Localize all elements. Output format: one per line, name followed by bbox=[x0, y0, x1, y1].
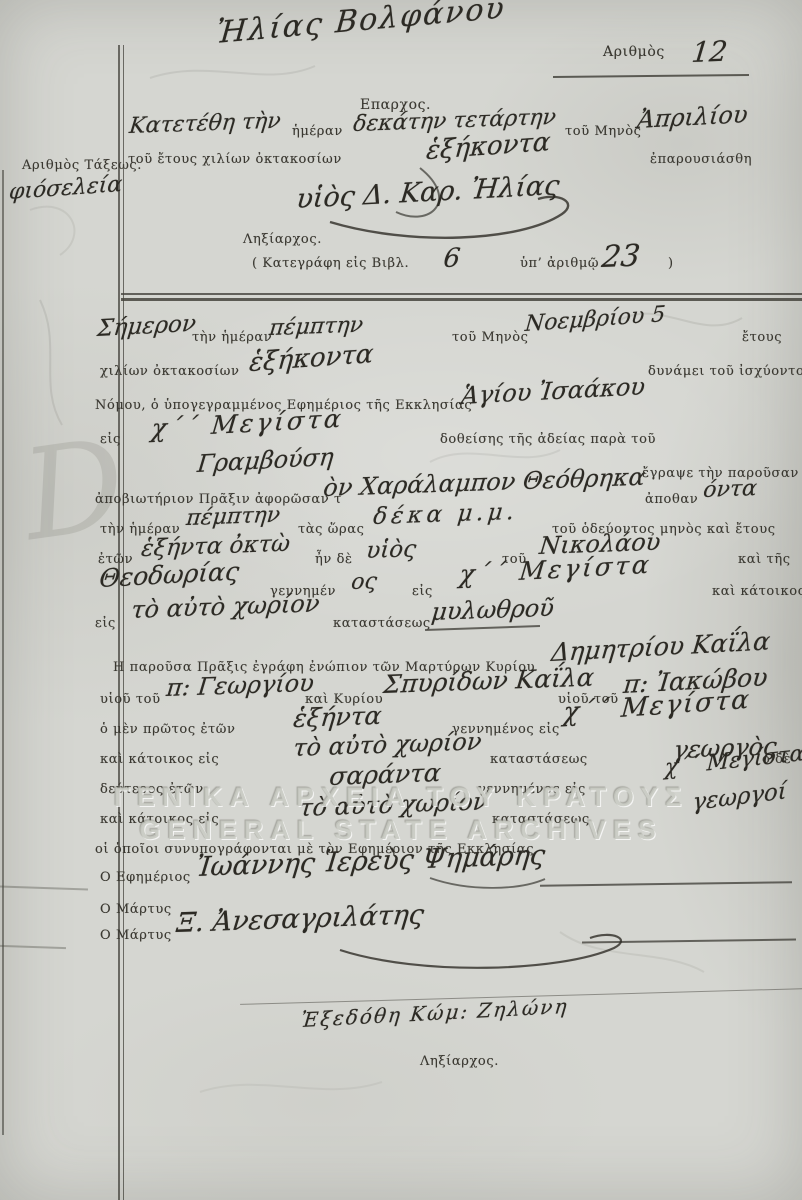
witness2-signature-label: Ο Μάρτυς bbox=[100, 928, 172, 943]
law-label: δυνάμει τοῦ ἰσχύοντος bbox=[648, 364, 802, 379]
and-of-label: καὶ τῆς bbox=[738, 552, 791, 567]
the-day-label: τὴν ἡμέραν bbox=[192, 330, 272, 345]
document-page: ΓΕΝΙΚΑ ΑΡΧΕΙΑ ΤΟΥ ΚΡΑΤΟΥΣ GENERAL STATE … bbox=[0, 0, 802, 1200]
month-label: τοῦ Μηνὸς bbox=[565, 124, 642, 139]
handwritten-witness2-age: σαράντα bbox=[328, 758, 442, 791]
witness1-resident-label: καὶ κάτοικος εἰς bbox=[100, 752, 219, 767]
order-number-label: Αριθμὸς Τάξεως. bbox=[22, 158, 142, 173]
witness2-resident-label: καὶ κάτοικος εἰς bbox=[100, 812, 219, 827]
handwritten-entry-number: 23 bbox=[600, 239, 642, 275]
number-label: Αριθμὸς bbox=[603, 44, 665, 60]
handwritten-died-suffix: όντα bbox=[702, 476, 758, 503]
witness1-signature-label: Ο Μάρτυς bbox=[100, 902, 172, 917]
resident-at-label: εἰς bbox=[95, 616, 116, 631]
day-label: ἡμέραν bbox=[292, 124, 343, 139]
at-label: εἰς bbox=[100, 432, 121, 447]
registered-prefix-label: ( Κατεγράφη εἰς Βιβλ. bbox=[252, 256, 409, 271]
born-at-label: εἰς bbox=[412, 584, 433, 599]
handwritten-witness1-age: ἑξήντα bbox=[292, 701, 383, 733]
handwritten-book-number: 6 bbox=[442, 243, 462, 274]
handwritten-act-day: πέμπτην bbox=[268, 313, 364, 341]
under-number-label: ὑπ’ ἀριθμῷ bbox=[520, 256, 599, 271]
act-month-label: τοῦ Μηνὸς bbox=[452, 330, 529, 345]
year-label: τοῦ ἔτους χιλίων ὀκτακοσίων bbox=[128, 152, 342, 167]
handwritten-son: υἱὸς bbox=[365, 536, 417, 564]
witness2-status-label: καταστάσεως bbox=[492, 812, 590, 827]
act-year-label2: χιλίων ὀκτακοσίων bbox=[100, 364, 240, 379]
handwritten-occupation: μυλωθροῦ bbox=[430, 594, 555, 626]
died-label: ἀποθαν bbox=[645, 492, 698, 507]
second-aged-label: δεύτερος ἐτῶν bbox=[100, 782, 204, 797]
handwritten-filing-month: Ἀπριλίου bbox=[636, 100, 749, 134]
handwritten-death-day: πέμπτην bbox=[185, 503, 281, 531]
witness2-born-at-label: γεννημένος εἰς bbox=[478, 782, 586, 797]
registrar-label-bottom: Ληξίαρχος. bbox=[420, 1054, 499, 1069]
status-label: καταστάσεως bbox=[333, 616, 431, 631]
resident-label: καὶ κάτοικος bbox=[712, 584, 802, 599]
handwritten-today: Σήμερον bbox=[96, 311, 197, 342]
handwritten-death-hour: δέκα μ.μ. bbox=[372, 499, 519, 530]
son-of-label: υἱοῦ τοῦ bbox=[100, 692, 161, 707]
act-year-label: ἔτους bbox=[742, 330, 782, 345]
presented-label: ἐπαρουσιάσθη bbox=[650, 152, 752, 167]
permission-label: δοθείσης τῆς ἀδείας παρὰ τοῦ bbox=[440, 432, 656, 447]
handwritten-number-value: 12 bbox=[690, 35, 729, 69]
hours-label: τὰς ὥρας bbox=[298, 522, 365, 537]
handwritten-witness1-father: π: Γεωργίου bbox=[165, 669, 315, 702]
was-label: ἦν δὲ bbox=[315, 552, 353, 567]
handwritten-born-suffix: ος bbox=[350, 569, 378, 595]
first-aged-label: ὁ μὲν πρῶτος ἐτῶν bbox=[100, 722, 236, 737]
priest-label: Ο Εφημέριος bbox=[100, 870, 191, 885]
registered-suffix-label: ) bbox=[668, 256, 674, 271]
witness1-status-label: καταστάσεως bbox=[490, 752, 588, 767]
registrar-label-top: Ληξίαρχος. bbox=[243, 232, 322, 247]
